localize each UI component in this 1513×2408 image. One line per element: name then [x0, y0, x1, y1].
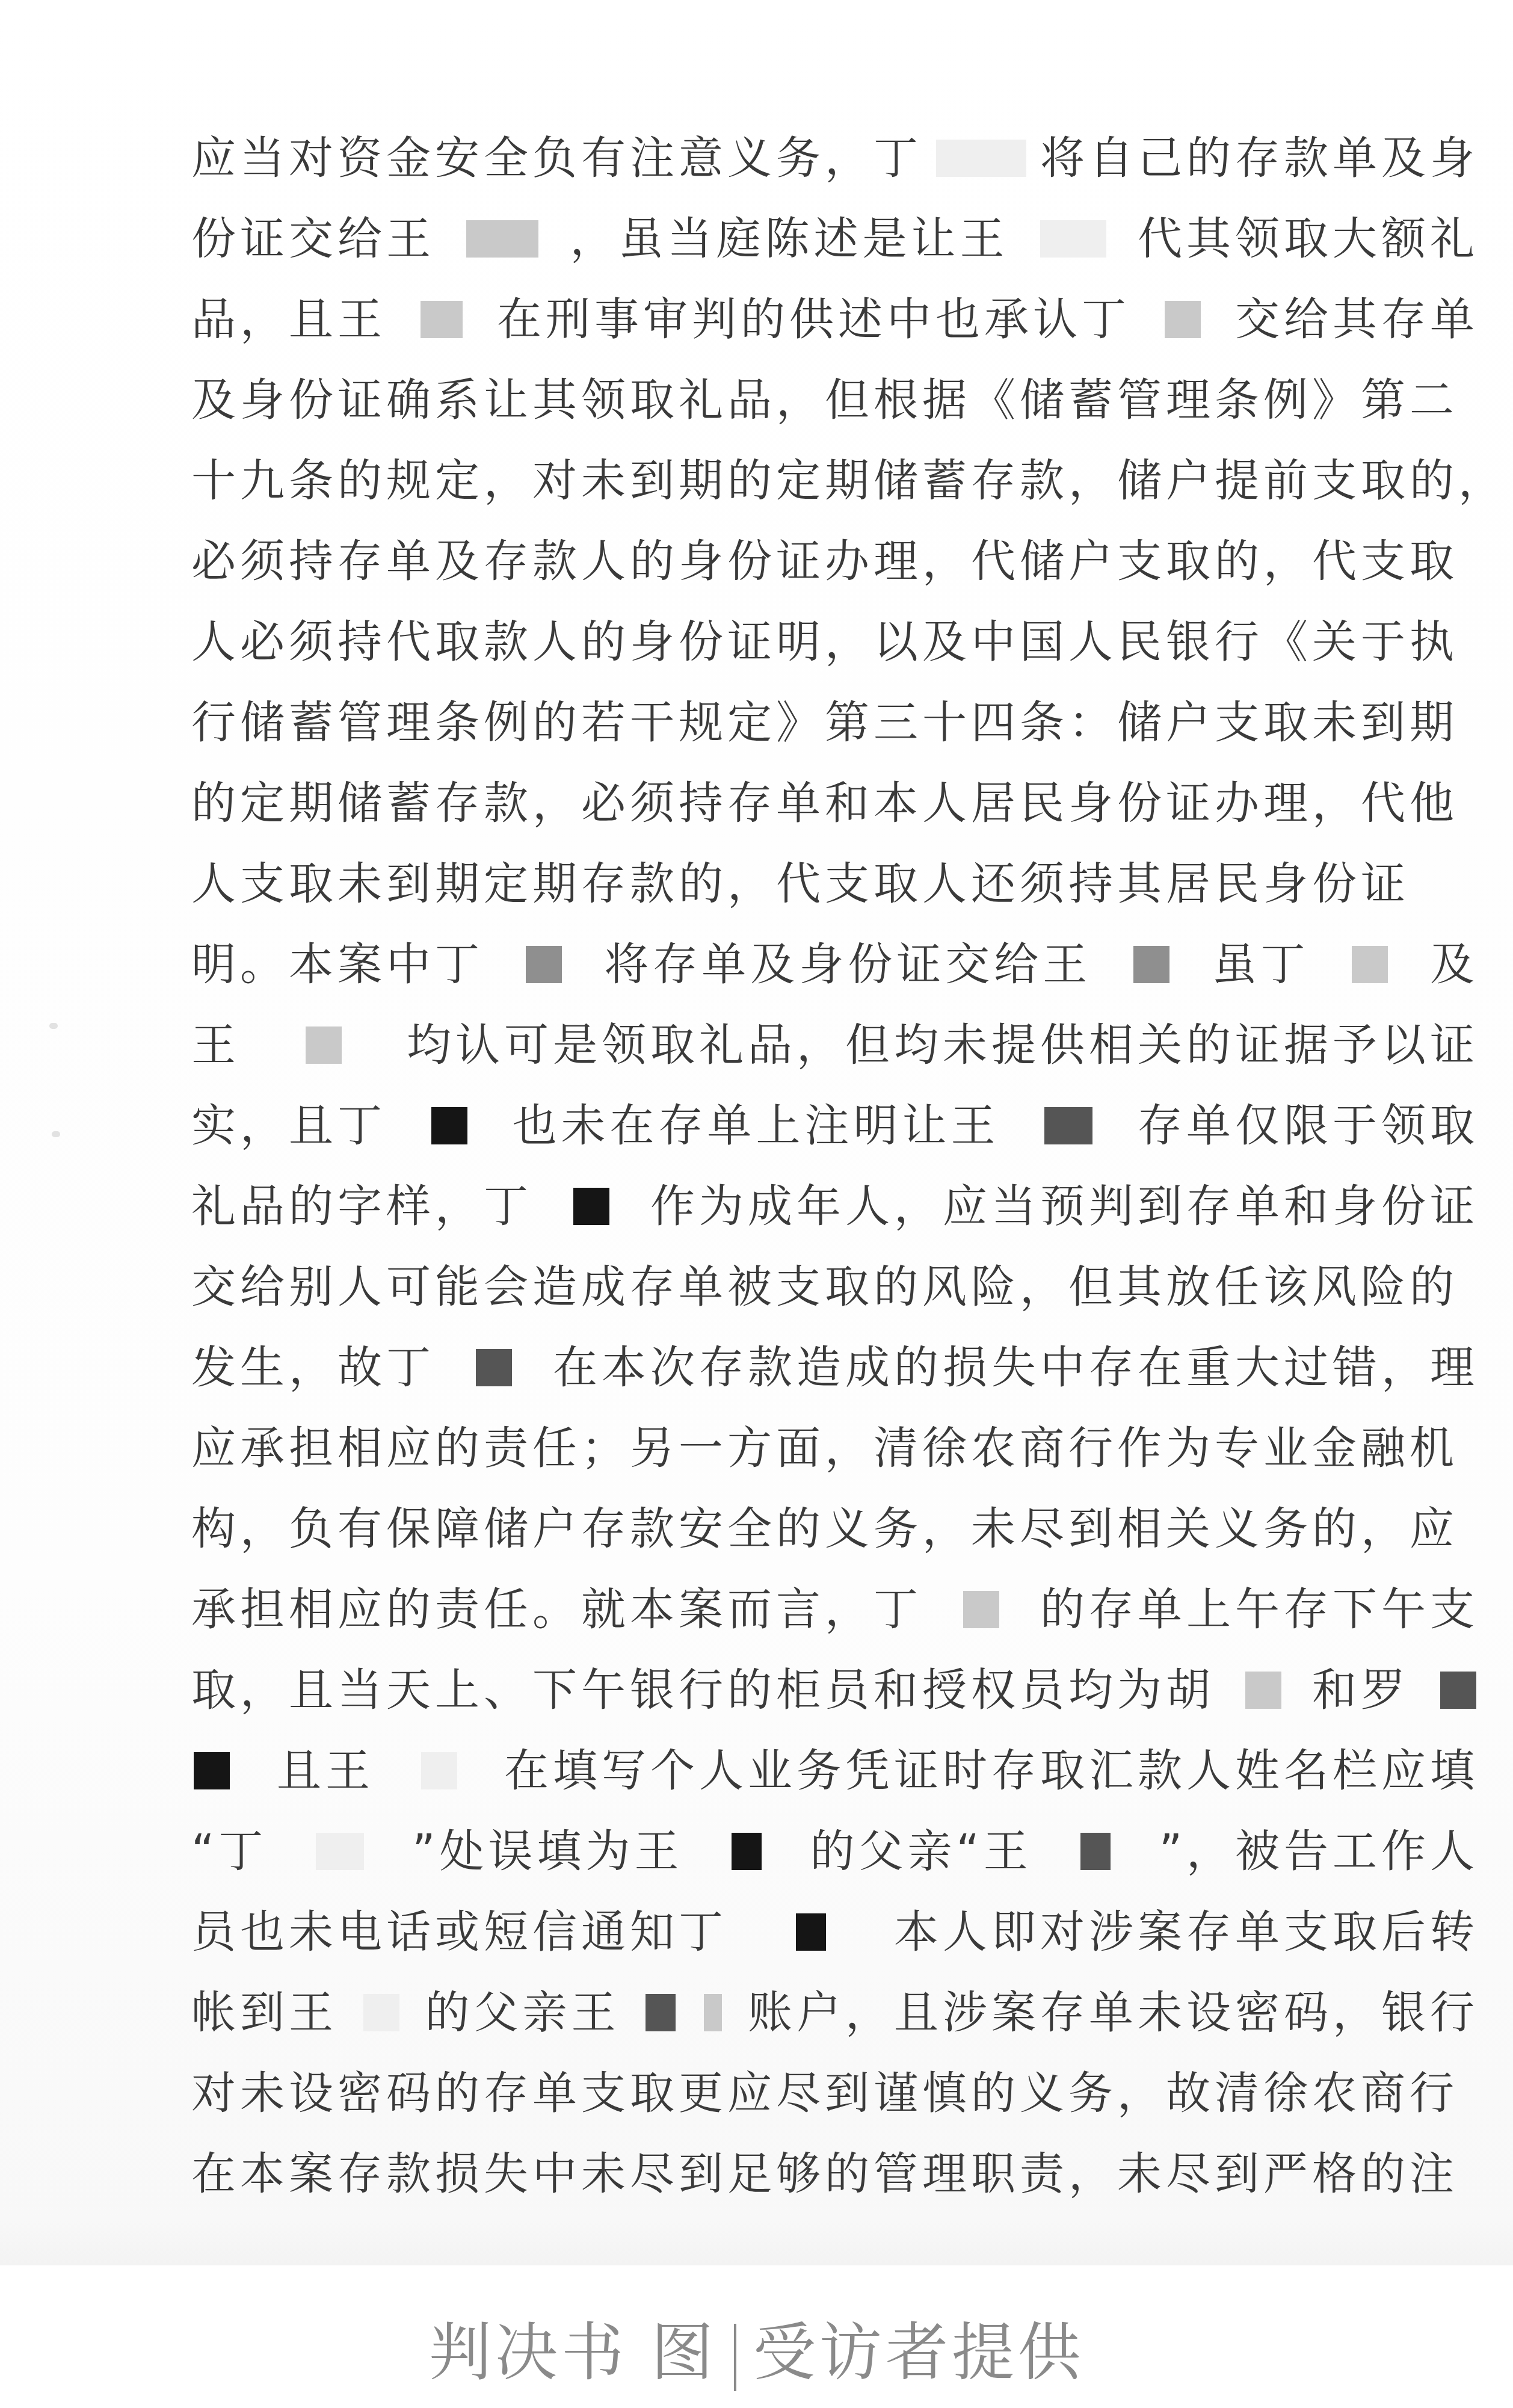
redaction-block — [431, 1107, 467, 1144]
redaction-block — [526, 946, 562, 983]
text-line: 帐到王的父亲王账户，且涉案存单未设密码，银行 — [191, 1972, 1479, 2053]
redaction-block — [306, 1026, 342, 1064]
text-segment: 帐到王 — [191, 1972, 337, 2053]
text-segment: 及身份证确系让其领取礼品，但根据《储蓄管理条例》第二 — [191, 360, 1458, 440]
text-segment: ”，被告工作人 — [1159, 1811, 1479, 1892]
text-segment: 将存单及身份证交给王 — [604, 924, 1091, 1005]
text-segment: 也未在存单上注明让王 — [513, 1085, 1000, 1166]
text-segment: 员也未电话或短信通知丁 — [191, 1892, 727, 1972]
text-segment: “丁 — [191, 1811, 267, 1892]
text-segment: 的父亲“王 — [810, 1811, 1032, 1892]
redaction-block — [363, 1994, 399, 2031]
redaction-block — [1133, 946, 1169, 983]
text-segment: 账户，且涉案存单未设密码，银行 — [748, 1972, 1479, 2053]
redaction-block — [421, 1752, 457, 1789]
text-segment: 作为成年人，应当预判到存单和身份证 — [650, 1166, 1479, 1247]
text-segment: 行储蓄管理条例的若干规定》第三十四条：储户支取未到期 — [191, 682, 1458, 763]
text-segment: 均认可是领取礼品，但均未提供相关的证据予以证 — [407, 1005, 1479, 1085]
text-line: 构，负有保障储户存款安全的义务，未尽到相关义务的，应 — [191, 1489, 1479, 1569]
paper-speck — [49, 1023, 58, 1029]
text-segment: 礼品的字样，丁 — [191, 1166, 532, 1247]
text-segment: 必须持存单及存款人的身份证办理，代储户支取的，代支取 — [191, 521, 1458, 602]
redaction-block — [704, 1994, 722, 2031]
text-line: 及身份证确系让其领取礼品，但根据《储蓄管理条例》第二 — [191, 360, 1479, 440]
text-line: 实，且丁也未在存单上注明让王存单仅限于领取 — [191, 1085, 1479, 1166]
text-line: 承担相应的责任。就本案而言，丁的存单上午存下午支 — [191, 1569, 1479, 1650]
redaction-block — [1080, 1833, 1111, 1870]
text-line: 份证交给王，虽当庭陈述是让王代其领取大额礼 — [191, 199, 1479, 279]
redaction-block — [1245, 1672, 1281, 1709]
redaction-block — [646, 1994, 676, 2031]
text-line: 在本案存款损失中未尽到足够的管理职责，未尽到严格的注 — [191, 2134, 1479, 2214]
text-segment: 将自己的存款单及身 — [1040, 118, 1479, 199]
text-segment: 对未设密码的存单支取更应尽到谨慎的义务，故清徐农商行 — [191, 2053, 1458, 2134]
text-segment: 和罗 — [1312, 1650, 1410, 1730]
text-line: 人支取未到期定期存款的，代支取人还须持其居民身份证 — [191, 844, 1479, 924]
text-segment: 王 — [191, 1005, 240, 1085]
redaction-block — [936, 140, 1026, 177]
redaction-block — [1044, 1107, 1092, 1144]
text-segment: 实，且丁 — [191, 1085, 386, 1166]
paper-speck — [52, 1131, 60, 1137]
text-segment: 品，且王 — [191, 279, 386, 360]
text-line: 发生，故丁在本次存款造成的损失中存在重大过错，理 — [191, 1327, 1479, 1408]
text-line: 行储蓄管理条例的若干规定》第三十四条：储户支取未到期 — [191, 682, 1479, 763]
text-line: 且王在填写个人业务凭证时存取汇款人姓名栏应填 — [191, 1730, 1479, 1811]
redaction-block — [963, 1591, 999, 1628]
text-segment: 应承担相应的责任；另一方面，清徐农商行作为专业金融机 — [191, 1408, 1458, 1489]
text-segment: 在本次存款造成的损失中存在重大过错，理 — [553, 1327, 1479, 1408]
text-segment: 人必须持代取款人的身份证明，以及中国人民银行《关于执 — [191, 602, 1458, 682]
text-line: 礼品的字样，丁作为成年人，应当预判到存单和身份证 — [191, 1166, 1479, 1247]
redaction-block — [421, 301, 463, 338]
text-segment: 应当对资金安全负有注意义务，丁 — [191, 118, 922, 199]
text-segment: 代其领取大额礼 — [1138, 199, 1479, 279]
redaction-block — [466, 220, 538, 258]
redaction-block — [732, 1833, 762, 1870]
text-line: 对未设密码的存单支取更应尽到谨慎的义务，故清徐农商行 — [191, 2053, 1479, 2134]
text-segment: 交给别人可能会造成存单被支取的风险，但其放任该风险的 — [191, 1247, 1458, 1327]
image-caption: 判决书 图受访者提供 — [0, 2308, 1513, 2398]
judgment-document-photo: 应当对资金安全负有注意义务，丁将自己的存款单及身份证交给王，虽当庭陈述是让王代其… — [0, 0, 1513, 2265]
redaction-block — [796, 1913, 826, 1951]
text-segment: 在填写个人业务凭证时存取汇款人姓名栏应填 — [504, 1730, 1479, 1811]
redaction-block — [194, 1752, 230, 1789]
text-segment: ”处误填为王 — [412, 1811, 683, 1892]
text-line: 员也未电话或短信通知丁本人即对涉案存单支取后转 — [191, 1892, 1479, 1972]
caption-source-label: 判决书 图 — [429, 2316, 717, 2389]
redaction-block — [1165, 301, 1201, 338]
text-segment: 十九条的规定，对未到期的定期储蓄存款，储户提前支取的， — [191, 440, 1507, 521]
redaction-block — [476, 1349, 512, 1386]
text-segment: 明。本案中丁 — [191, 924, 484, 1005]
text-segment: 发生，故丁 — [191, 1327, 435, 1408]
text-segment: 本人即对涉案存单支取后转 — [894, 1892, 1479, 1972]
text-segment: 人支取未到期定期存款的，代支取人还须持其居民身份证 — [191, 844, 1410, 924]
text-line: 的定期储蓄存款，必须持存单和本人居民身份证办理，代他 — [191, 763, 1479, 844]
text-segment: 份证交给王 — [191, 199, 435, 279]
caption-divider — [734, 2324, 736, 2391]
text-line: 应承担相应的责任；另一方面，清徐农商行作为专业金融机 — [191, 1408, 1479, 1489]
text-line: 取，且当天上、下午银行的柜员和授权员均为胡和罗 — [191, 1650, 1479, 1730]
redaction-block — [1040, 220, 1106, 258]
redaction-block — [1440, 1672, 1476, 1709]
text-line: 品，且王在刑事审判的供述中也承认丁交给其存单 — [191, 279, 1479, 360]
text-segment: 的存单上午存下午支 — [1040, 1569, 1479, 1650]
text-line: 十九条的规定，对未到期的定期储蓄存款，储户提前支取的， — [191, 440, 1479, 521]
text-segment: 且王 — [277, 1730, 374, 1811]
text-line: 应当对资金安全负有注意义务，丁将自己的存款单及身 — [191, 118, 1479, 199]
text-segment: 承担相应的责任。就本案而言，丁 — [191, 1569, 922, 1650]
text-segment: 取，且当天上、下午银行的柜员和授权员均为胡 — [191, 1650, 1215, 1730]
text-segment: ，虽当庭陈述是让王 — [570, 199, 1009, 279]
text-line: 人必须持代取款人的身份证明，以及中国人民银行《关于执 — [191, 602, 1479, 682]
text-line: 交给别人可能会造成存单被支取的风险，但其放任该风险的 — [191, 1247, 1479, 1327]
text-segment: 的父亲王 — [425, 1972, 620, 2053]
text-line: 必须持存单及存款人的身份证办理，代储户支取的，代支取 — [191, 521, 1479, 602]
redaction-block — [1352, 946, 1388, 983]
text-line: 王均认可是领取礼品，但均未提供相关的证据予以证 — [191, 1005, 1479, 1085]
text-segment: 交给其存单 — [1235, 279, 1479, 360]
judgment-text-body: 应当对资金安全负有注意义务，丁将自己的存款单及身份证交给王，虽当庭陈述是让王代其… — [191, 118, 1479, 2214]
text-segment: 虽丁 — [1212, 924, 1310, 1005]
text-segment: 及 — [1430, 924, 1479, 1005]
text-segment: 在本案存款损失中未尽到足够的管理职责，未尽到严格的注 — [191, 2134, 1458, 2214]
text-segment: 在刑事审判的供述中也承认丁 — [497, 279, 1130, 360]
text-segment: 构，负有保障储户存款安全的义务，未尽到相关义务的，应 — [191, 1489, 1458, 1569]
text-segment: 存单仅限于领取 — [1138, 1085, 1479, 1166]
text-line: 明。本案中丁将存单及身份证交给王虽丁及 — [191, 924, 1479, 1005]
text-segment: 的定期储蓄存款，必须持存单和本人居民身份证办理，代他 — [191, 763, 1458, 844]
redaction-block — [573, 1188, 609, 1225]
text-line: “丁”处误填为王的父亲“王”，被告工作人 — [191, 1811, 1479, 1892]
caption-credit: 受访者提供 — [753, 2316, 1084, 2389]
redaction-block — [316, 1833, 364, 1870]
